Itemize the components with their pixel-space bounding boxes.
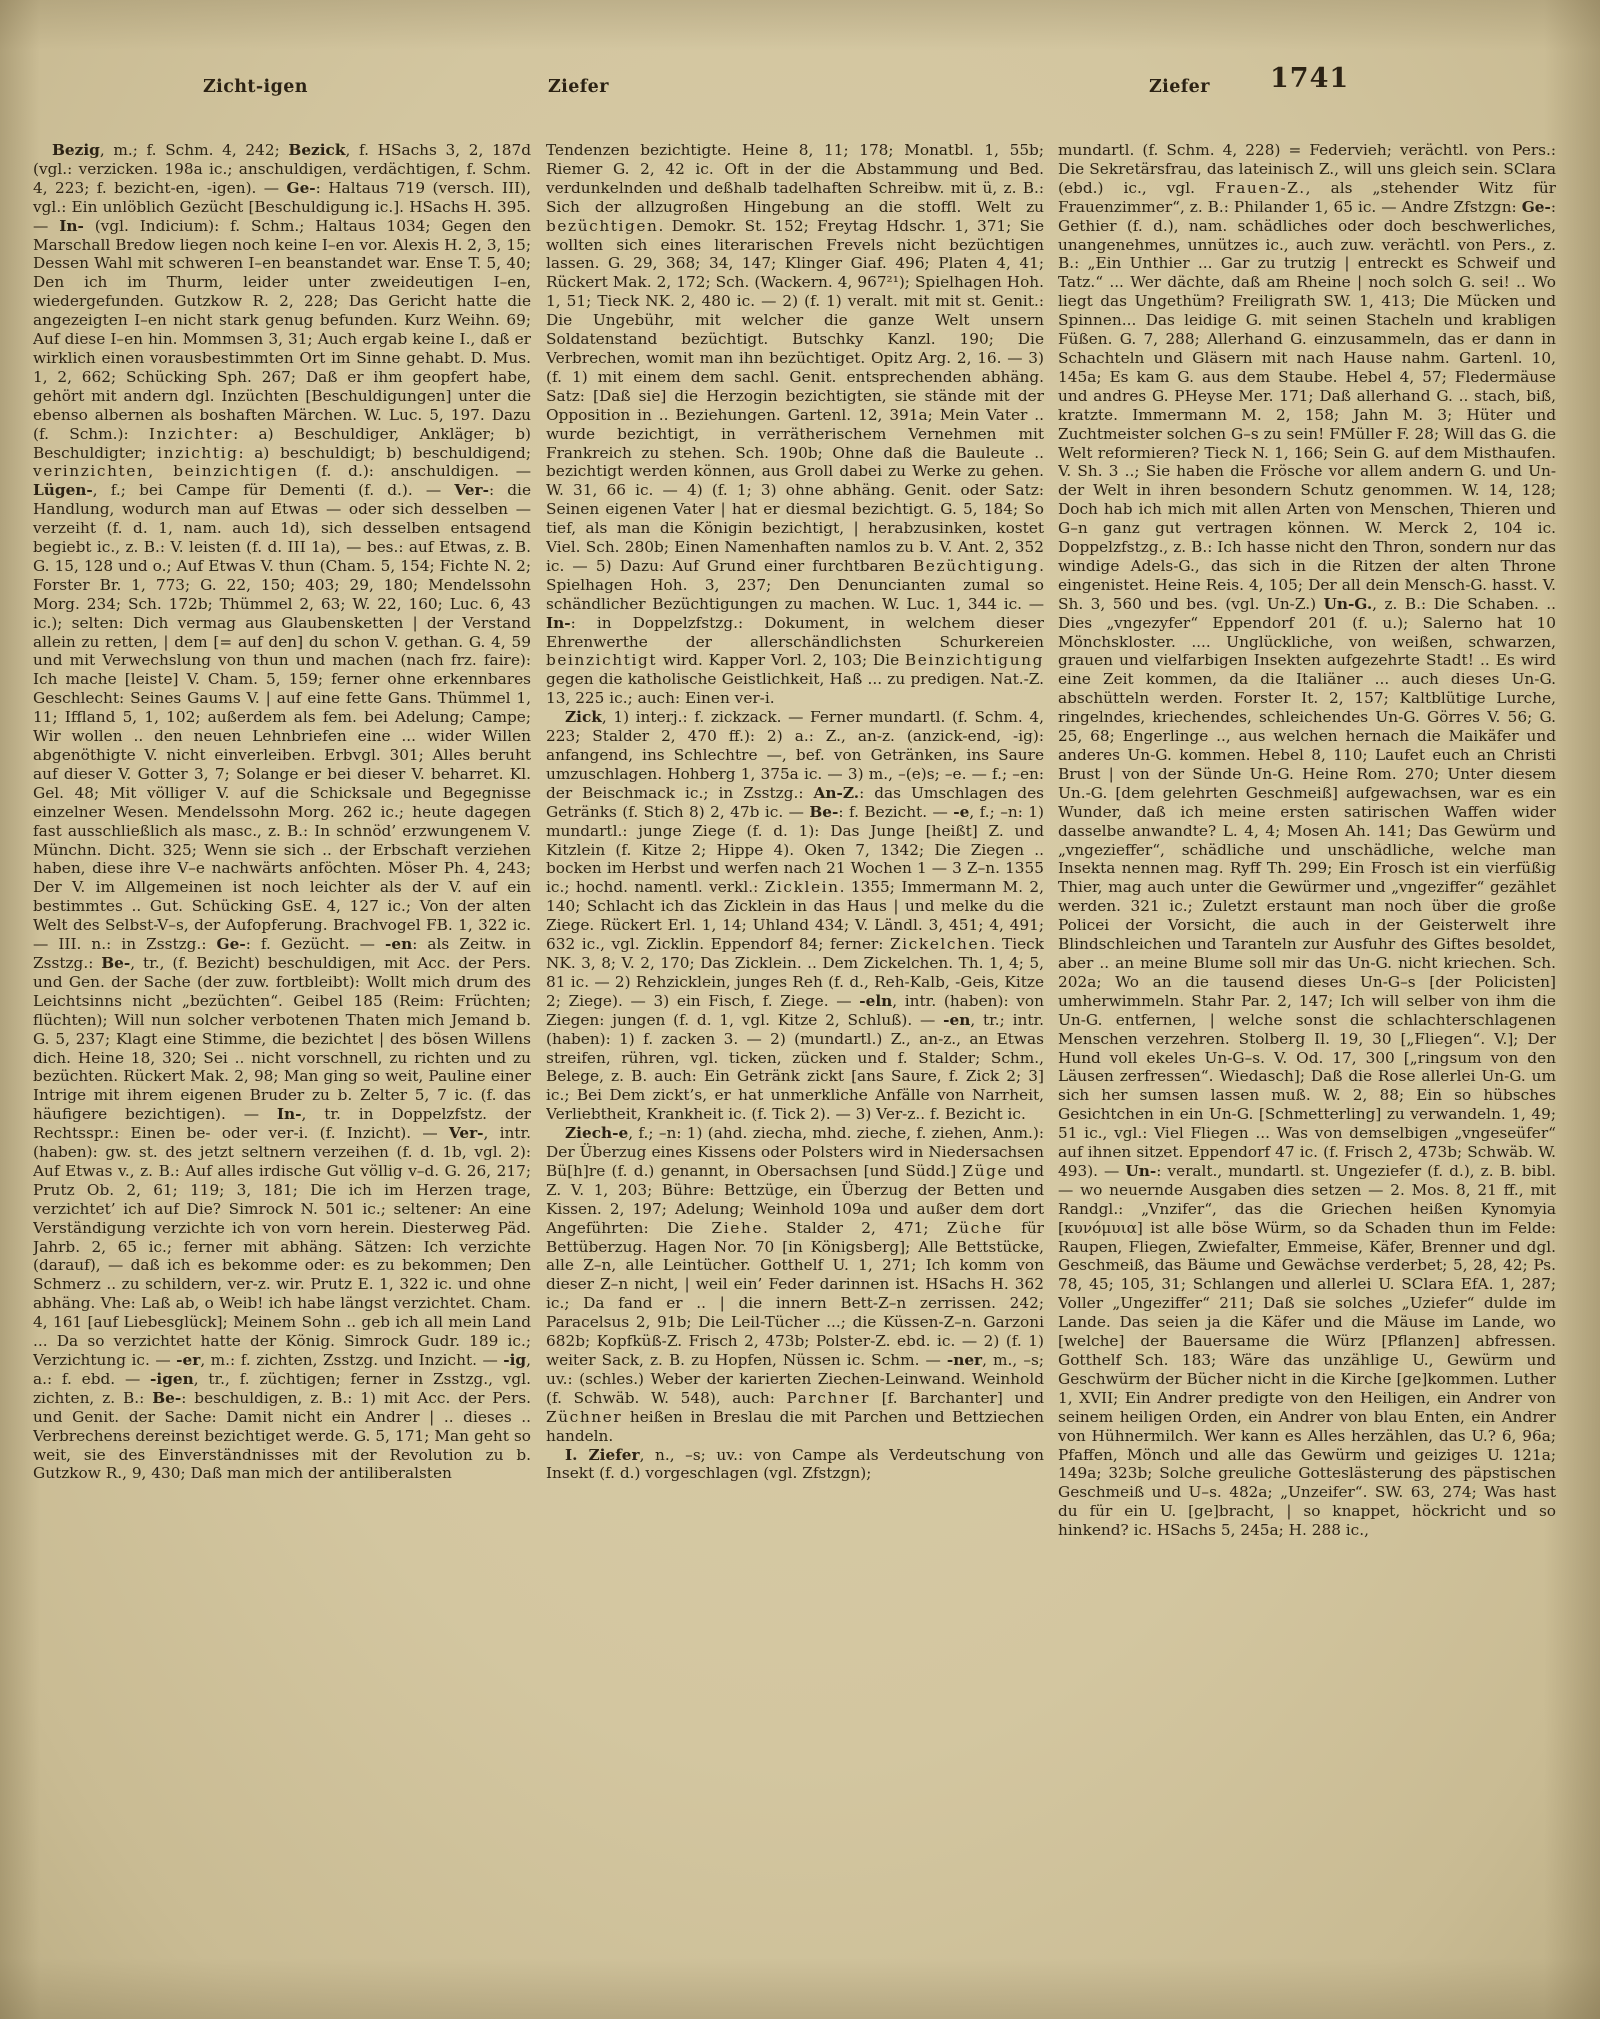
dictionary-page: Zicht-igen Ziefer Ziefer 1741 Bezig, m.;… <box>0 0 1600 2019</box>
text-paragraph: I. Ziefer, n., –s; uv.: von Campe als Ve… <box>546 1446 1044 1484</box>
text-paragraph: Zick, 1) interj.: f. zickzack. — Ferner … <box>546 708 1044 1124</box>
text-column-1: Bezig, m.; f. Schm. 4, 242; Bezick, f. H… <box>33 141 531 1483</box>
text-paragraph: Ziech-e, f.; –n: 1) (ahd. ziecha, mhd. z… <box>546 1124 1044 1445</box>
running-head-right: Ziefer <box>1149 77 1210 97</box>
text-paragraph: Tendenzen bezichtigte. Heine 8, 11; 178;… <box>546 141 1044 708</box>
running-head-center: Ziefer <box>548 77 609 97</box>
text-paragraph: mundartl. (f. Schm. 4, 228) = Federvieh;… <box>1058 141 1556 1540</box>
text-column-2: Tendenzen bezichtigte. Heine 8, 11; 178;… <box>546 141 1044 1483</box>
text-column-3: mundartl. (f. Schm. 4, 228) = Federvieh;… <box>1058 141 1556 1540</box>
running-head-left: Zicht-igen <box>203 77 308 97</box>
page-number: 1741 <box>1270 63 1349 94</box>
text-paragraph: Bezig, m.; f. Schm. 4, 242; Bezick, f. H… <box>33 141 531 1483</box>
